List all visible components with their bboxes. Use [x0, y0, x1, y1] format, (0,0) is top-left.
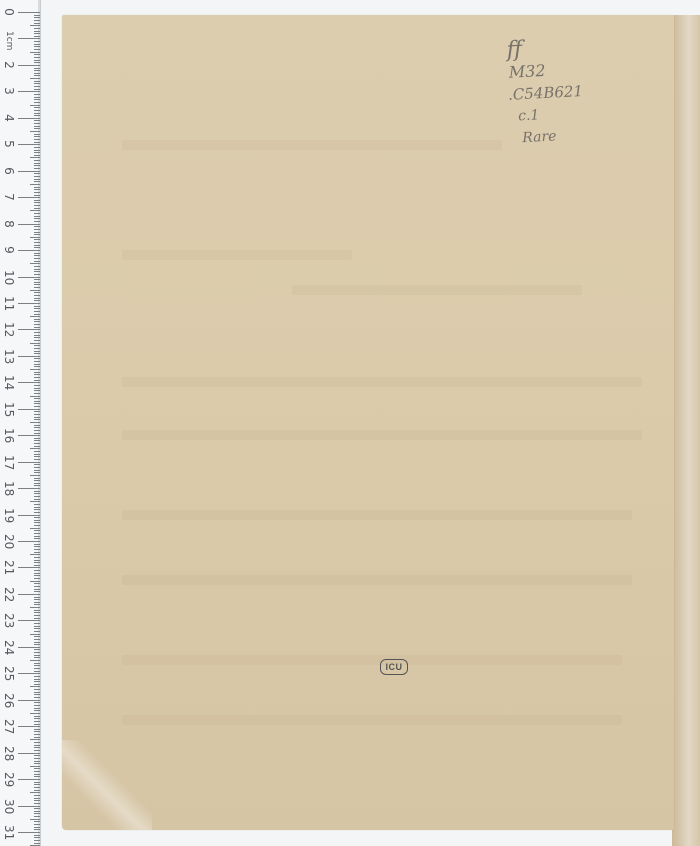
ruler-tick	[34, 348, 40, 349]
ruler-tick	[30, 396, 40, 397]
ruler-tick	[34, 663, 40, 664]
ruler-tick	[34, 491, 40, 492]
ruler-label: 28	[3, 746, 15, 760]
ruler-tick	[34, 808, 40, 809]
ruler-tick	[34, 54, 40, 55]
ruler-tick	[34, 512, 40, 513]
ruler-label: 31	[3, 825, 15, 839]
ruler-tick	[18, 382, 40, 383]
ruler-tick	[34, 115, 40, 116]
ruler-tick	[34, 496, 40, 497]
ruler-label: 20	[3, 534, 15, 548]
ruler-tick	[34, 716, 40, 717]
ruler-tick	[34, 324, 40, 325]
ruler-tick	[34, 17, 40, 18]
ruler-tick	[18, 250, 40, 251]
ruler-tick	[34, 750, 40, 751]
ruler-tick	[34, 113, 40, 114]
ruler-tick	[34, 70, 40, 71]
ruler-tick	[34, 81, 40, 82]
ruler-tick	[34, 459, 40, 460]
ruler-tick	[34, 295, 40, 296]
ruler-tick	[34, 446, 40, 447]
ruler-tick	[34, 123, 40, 124]
ruler-tick	[34, 557, 40, 558]
ruler-tick	[34, 308, 40, 309]
ruler-tick	[34, 795, 40, 796]
ruler-tick	[34, 86, 40, 87]
ruler-tick	[34, 136, 40, 137]
ruler-label: 13	[3, 349, 15, 363]
ruler-tick	[34, 742, 40, 743]
ruler-tick	[34, 139, 40, 140]
ruler-tick	[34, 287, 40, 288]
ruler-tick	[30, 528, 40, 529]
ruler-tick	[34, 665, 40, 666]
ruler-tick	[34, 150, 40, 151]
ruler-tick	[30, 660, 40, 661]
ruler-tick	[34, 168, 40, 169]
ruler-tick	[34, 242, 40, 243]
ruler-tick	[34, 192, 40, 193]
ruler-tick	[30, 78, 40, 79]
ruler-tick	[34, 239, 40, 240]
ruler-tick	[34, 649, 40, 650]
ruler-tick	[34, 430, 40, 431]
ruler-tick	[34, 612, 40, 613]
ruler-tick	[34, 697, 40, 698]
ruler-tick	[34, 681, 40, 682]
ruler-tick	[34, 705, 40, 706]
ruler-tick	[34, 816, 40, 817]
ruler-tick	[34, 398, 40, 399]
bleed-through-staff	[122, 140, 502, 150]
ruler-tick	[30, 343, 40, 344]
ruler-tick	[34, 604, 40, 605]
measurement-ruler: 01cm234567891011121314151617181920212223…	[0, 0, 41, 846]
ruler-tick	[34, 388, 40, 389]
ruler-tick	[34, 636, 40, 637]
ruler-tick	[34, 28, 40, 29]
ruler-tick	[34, 824, 40, 825]
ruler-tick	[34, 517, 40, 518]
ruler-tick	[34, 784, 40, 785]
ruler-tick	[34, 483, 40, 484]
ruler-tick	[34, 372, 40, 373]
ruler-tick	[34, 676, 40, 677]
ruler-tick	[34, 811, 40, 812]
ruler-tick	[34, 443, 40, 444]
ruler-tick	[30, 369, 40, 370]
ruler-tick	[34, 821, 40, 822]
ruler-tick	[34, 234, 40, 235]
ruler-tick	[34, 110, 40, 111]
ruler-tick	[34, 120, 40, 121]
ruler-tick	[34, 668, 40, 669]
ruler-tick	[34, 411, 40, 412]
ruler-tick	[34, 300, 40, 301]
ruler-tick	[34, 671, 40, 672]
ruler-tick	[30, 237, 40, 238]
ruler-tick	[18, 832, 40, 833]
ruler-tick	[34, 761, 40, 762]
ruler-tick	[34, 417, 40, 418]
call-line-5: Rare	[507, 124, 586, 150]
ruler-tick	[34, 216, 40, 217]
ruler-tick	[34, 20, 40, 21]
ruler-label: 6	[3, 164, 15, 178]
ruler-label: 10	[3, 270, 15, 284]
ruler-tick	[34, 438, 40, 439]
ruler-tick	[18, 197, 40, 198]
ruler-label: 0	[3, 5, 15, 19]
ruler-tick	[34, 358, 40, 359]
ruler-tick	[34, 745, 40, 746]
ruler-tick	[34, 102, 40, 103]
ruler-label: 22	[3, 587, 15, 601]
ruler-tick	[18, 515, 40, 516]
ruler-tick	[34, 755, 40, 756]
ruler-tick	[34, 504, 40, 505]
ruler-tick	[34, 565, 40, 566]
ruler-tick	[18, 409, 40, 410]
ruler-tick	[34, 694, 40, 695]
ruler-label: 1cm	[3, 31, 15, 45]
ruler-tick	[34, 552, 40, 553]
ruler-tick	[34, 440, 40, 441]
ruler-tick	[34, 538, 40, 539]
ruler-tick	[30, 686, 40, 687]
ruler-tick	[34, 623, 40, 624]
ruler-tick	[34, 274, 40, 275]
ruler-tick	[34, 803, 40, 804]
ruler-tick	[34, 152, 40, 153]
ruler-tick	[34, 321, 40, 322]
ruler-tick	[34, 790, 40, 791]
ruler-tick	[34, 155, 40, 156]
ruler-tick	[34, 522, 40, 523]
ruler-tick	[34, 583, 40, 584]
ruler-tick	[34, 229, 40, 230]
ruler-tick	[34, 718, 40, 719]
ruler-tick	[34, 837, 40, 838]
bleed-through-staff	[122, 655, 622, 665]
ruler-tick	[34, 221, 40, 222]
ruler-tick	[34, 189, 40, 190]
library-stamp: ICU	[380, 659, 408, 675]
ruler-label: 21	[3, 560, 15, 574]
ruler-tick	[34, 200, 40, 201]
ruler-tick	[34, 840, 40, 841]
ruler-tick	[30, 105, 40, 106]
ruler-label: 4	[3, 111, 15, 125]
ruler-tick	[30, 607, 40, 608]
ruler-tick	[18, 647, 40, 648]
ruler-tick	[34, 763, 40, 764]
ruler-tick	[34, 126, 40, 127]
ruler-tick	[34, 380, 40, 381]
ruler-tick	[34, 99, 40, 100]
ruler-tick	[34, 655, 40, 656]
ruler-label: 23	[3, 613, 15, 627]
ruler-tick	[18, 356, 40, 357]
ruler-tick	[34, 731, 40, 732]
ruler-tick	[18, 65, 40, 66]
ruler-tick	[34, 205, 40, 206]
ruler-tick	[34, 530, 40, 531]
ruler-tick	[30, 157, 40, 158]
ruler-tick	[34, 89, 40, 90]
ruler-tick	[34, 401, 40, 402]
ruler-tick	[34, 652, 40, 653]
bleed-through-staff	[122, 715, 622, 725]
ruler-tick	[34, 544, 40, 545]
ruler-tick	[34, 454, 40, 455]
ruler-tick	[34, 578, 40, 579]
ruler-tick	[34, 575, 40, 576]
ruler-tick	[34, 573, 40, 574]
ruler-label: 7	[3, 190, 15, 204]
ruler-tick	[34, 255, 40, 256]
ruler-tick	[34, 181, 40, 182]
ruler-tick	[34, 639, 40, 640]
ruler-tick	[18, 435, 40, 436]
ruler-tick	[34, 292, 40, 293]
ruler-tick	[34, 464, 40, 465]
ruler-tick	[34, 176, 40, 177]
ruler-tick	[34, 813, 40, 814]
ruler-tick	[18, 541, 40, 542]
ruler-tick	[34, 472, 40, 473]
ruler-tick	[34, 747, 40, 748]
ruler-label: 18	[3, 481, 15, 495]
ruler-tick	[34, 520, 40, 521]
ruler-tick	[34, 311, 40, 312]
ruler-label: 2	[3, 58, 15, 72]
ruler-tick	[34, 335, 40, 336]
ruler-tick	[34, 702, 40, 703]
ruler-tick	[34, 60, 40, 61]
ruler-tick	[18, 224, 40, 225]
ruler-tick	[34, 353, 40, 354]
ruler-tick	[34, 480, 40, 481]
ruler-tick	[34, 46, 40, 47]
ruler-tick	[30, 263, 40, 264]
ruler-label: 27	[3, 719, 15, 733]
ruler-tick	[34, 351, 40, 352]
ruler-tick	[34, 843, 40, 844]
ruler-tick	[34, 499, 40, 500]
ruler-tick	[34, 364, 40, 365]
ruler-tick	[34, 269, 40, 270]
ruler-tick	[34, 165, 40, 166]
ruler-tick	[34, 208, 40, 209]
ruler-tick	[34, 414, 40, 415]
ruler-label: 14	[3, 375, 15, 389]
ruler-tick	[34, 390, 40, 391]
ruler-tick	[34, 570, 40, 571]
ruler-tick	[34, 41, 40, 42]
ruler-tick	[18, 144, 40, 145]
ruler-tick	[34, 62, 40, 63]
call-line-3: .C54B621	[504, 80, 583, 106]
ruler-label: 25	[3, 666, 15, 680]
ruler-tick	[34, 385, 40, 386]
ruler-tick	[34, 31, 40, 32]
ruler-tick	[34, 493, 40, 494]
ruler-tick	[34, 306, 40, 307]
ruler-tick	[18, 806, 40, 807]
ruler-tick	[34, 284, 40, 285]
ruler-tick	[34, 631, 40, 632]
ruler-tick	[30, 210, 40, 211]
ruler-tick	[30, 792, 40, 793]
ruler-tick	[34, 49, 40, 50]
ruler-tick	[34, 456, 40, 457]
ruler-tick	[34, 374, 40, 375]
ruler-tick	[30, 131, 40, 132]
ruler-tick	[34, 692, 40, 693]
ruler-tick	[34, 787, 40, 788]
ruler-tick	[34, 142, 40, 143]
ruler-tick	[18, 567, 40, 568]
ruler-tick	[34, 536, 40, 537]
ruler-label: 17	[3, 455, 15, 469]
ruler-label: 19	[3, 508, 15, 522]
ruler-label: 29	[3, 772, 15, 786]
ruler-tick	[34, 507, 40, 508]
ruler-tick	[34, 23, 40, 24]
ruler-tick	[34, 147, 40, 148]
ruler-tick	[34, 768, 40, 769]
ruler-tick	[30, 634, 40, 635]
ruler-tick	[34, 478, 40, 479]
ruler-tick	[34, 44, 40, 45]
ruler-tick	[30, 581, 40, 582]
ruler-tick	[18, 726, 40, 727]
ruler-tick	[34, 835, 40, 836]
ruler-tick	[34, 626, 40, 627]
ruler-tick	[34, 758, 40, 759]
bleed-through-staff	[292, 285, 582, 295]
ruler-tick	[34, 247, 40, 248]
ruler-tick	[18, 620, 40, 621]
ruler-tick	[34, 195, 40, 196]
ruler-tick	[18, 303, 40, 304]
ruler-tick	[34, 599, 40, 600]
ruler-tick	[34, 419, 40, 420]
ruler-tick	[34, 213, 40, 214]
ruler-tick	[34, 829, 40, 830]
ruler-tick	[34, 279, 40, 280]
ruler-label: 12	[3, 322, 15, 336]
ruler-tick	[18, 779, 40, 780]
ruler-tick	[18, 462, 40, 463]
ruler-tick	[34, 187, 40, 188]
ruler-tick	[34, 107, 40, 108]
ruler-tick	[34, 340, 40, 341]
ruler-tick	[34, 771, 40, 772]
ruler-tick	[30, 475, 40, 476]
ruler-tick	[30, 501, 40, 502]
ruler-tick	[34, 546, 40, 547]
ruler-tick	[34, 679, 40, 680]
ruler-label: 24	[3, 640, 15, 654]
ruler-tick	[34, 258, 40, 259]
ruler-tick	[34, 721, 40, 722]
bleed-through-staff	[122, 250, 352, 260]
ruler-tick	[30, 52, 40, 53]
ruler-tick	[18, 118, 40, 119]
ruler-tick	[34, 734, 40, 735]
ruler-tick	[34, 173, 40, 174]
ruler-tick	[34, 36, 40, 37]
ruler-tick	[34, 327, 40, 328]
ruler-tick	[34, 776, 40, 777]
ruler-tick	[34, 470, 40, 471]
ruler-tick	[34, 602, 40, 603]
ruler-tick	[18, 753, 40, 754]
ruler-label: 5	[3, 137, 15, 151]
ruler-tick	[34, 642, 40, 643]
ruler-tick	[34, 337, 40, 338]
ruler-tick	[34, 589, 40, 590]
ruler-tick	[34, 261, 40, 262]
ruler-tick	[34, 485, 40, 486]
ruler-tick	[34, 684, 40, 685]
bleed-through-staff	[122, 430, 642, 440]
ruler-tick	[30, 819, 40, 820]
ruler-label: 15	[3, 402, 15, 416]
ruler-tick	[34, 724, 40, 725]
ruler-tick	[34, 298, 40, 299]
ruler-tick	[34, 562, 40, 563]
ruler-tick	[34, 366, 40, 367]
ruler-tick	[34, 202, 40, 203]
ruler-tick	[34, 427, 40, 428]
ruler-tick	[34, 345, 40, 346]
ruler-label: 26	[3, 693, 15, 707]
ruler-label: 16	[3, 428, 15, 442]
ruler-tick	[34, 218, 40, 219]
ruler-tick	[30, 184, 40, 185]
bleed-through-staff	[122, 377, 642, 387]
ruler-tick	[34, 597, 40, 598]
page-corner-wear	[62, 740, 152, 830]
ruler-tick	[34, 657, 40, 658]
ruler-tick	[30, 554, 40, 555]
ruler-tick	[34, 509, 40, 510]
ruler-tick	[18, 329, 40, 330]
ruler-tick	[30, 448, 40, 449]
ruler-tick	[34, 774, 40, 775]
ruler-tick	[34, 97, 40, 98]
ruler-tick	[18, 594, 40, 595]
ruler-tick	[34, 282, 40, 283]
ruler-tick	[34, 729, 40, 730]
handwritten-call-number: ff M32 .C54B621 c.1 Rare	[502, 36, 586, 150]
ruler-tick	[34, 433, 40, 434]
ruler-tick	[30, 713, 40, 714]
ruler-tick	[34, 560, 40, 561]
ruler-tick	[34, 586, 40, 587]
ruler-label: 30	[3, 799, 15, 813]
ruler-tick	[30, 739, 40, 740]
ruler-tick	[34, 827, 40, 828]
ruler-tick	[34, 163, 40, 164]
ruler-tick	[34, 319, 40, 320]
ruler-tick	[34, 134, 40, 135]
